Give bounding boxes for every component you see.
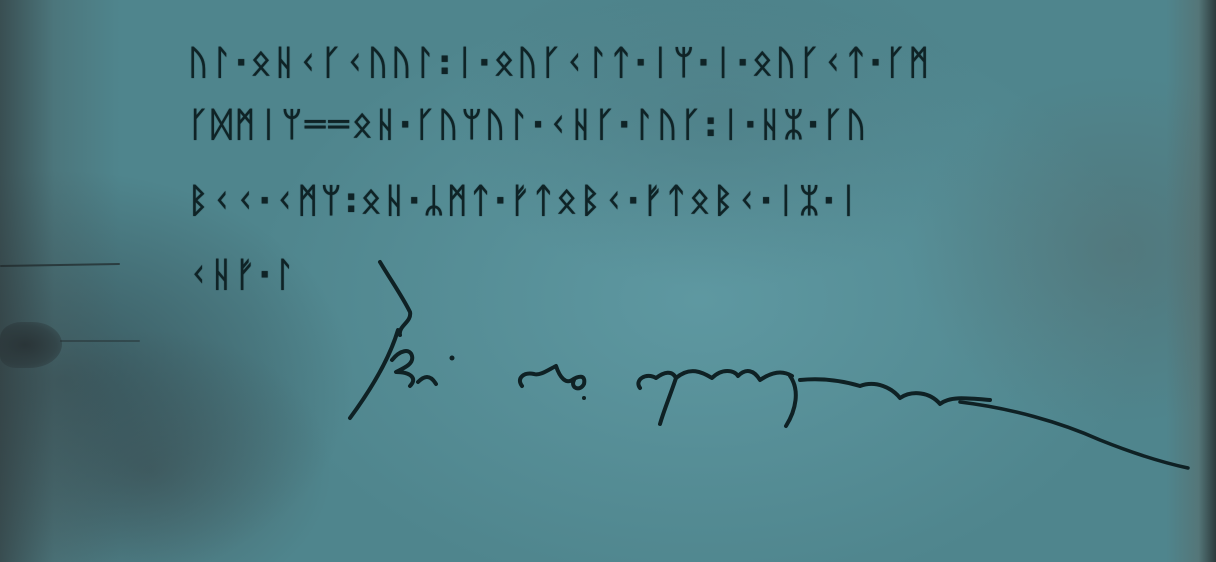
rune-line-1: ᚢᛚ·ᛟᚺᚲᚴᚲᚢᚢᛚ:ᛁ·ᛟᚢᚴᚲᛚᛏ·ᛁᛘ·ᛁ·ᛟᚢᚴᚲᛏ·ᚴᛗ (188, 46, 932, 80)
parchment-right-edge (1166, 0, 1216, 562)
rune-line-3: ᛒᚲᚲ·ᚲᛗᛘ:ᛟᚺ·ᛦᛗᛏ·ᚠᛏᛟᛒᚲ·ᚠᛏᛟᛒᚲ·ᛁᛯ·ᛁ (188, 184, 862, 218)
paper-crease (60, 340, 140, 342)
rune-line-4: ᚲᚺᚠ·ᛚ (188, 258, 298, 292)
handwritten-signature (0, 0, 1216, 562)
parchment-document: ᚢᛚ·ᛟᚺᚲᚴᚲᚢᚢᛚ:ᛁ·ᛟᚢᚴᚲᛚᛏ·ᛁᛘ·ᛁ·ᛟᚢᚴᚲᛏ·ᚴᛗ ᚴᛞᛗᛁᛘ… (0, 0, 1216, 562)
parchment-left-stain (0, 0, 120, 562)
rune-line-2: ᚴᛞᛗᛁᛘ══ᛟᚺ·ᚴᚢᛘᚢᛚ·ᚲᚺᚴ·ᛚᚢᚴ:ᛁ·ᚺᛯ·ᚴᚢ (188, 108, 869, 142)
